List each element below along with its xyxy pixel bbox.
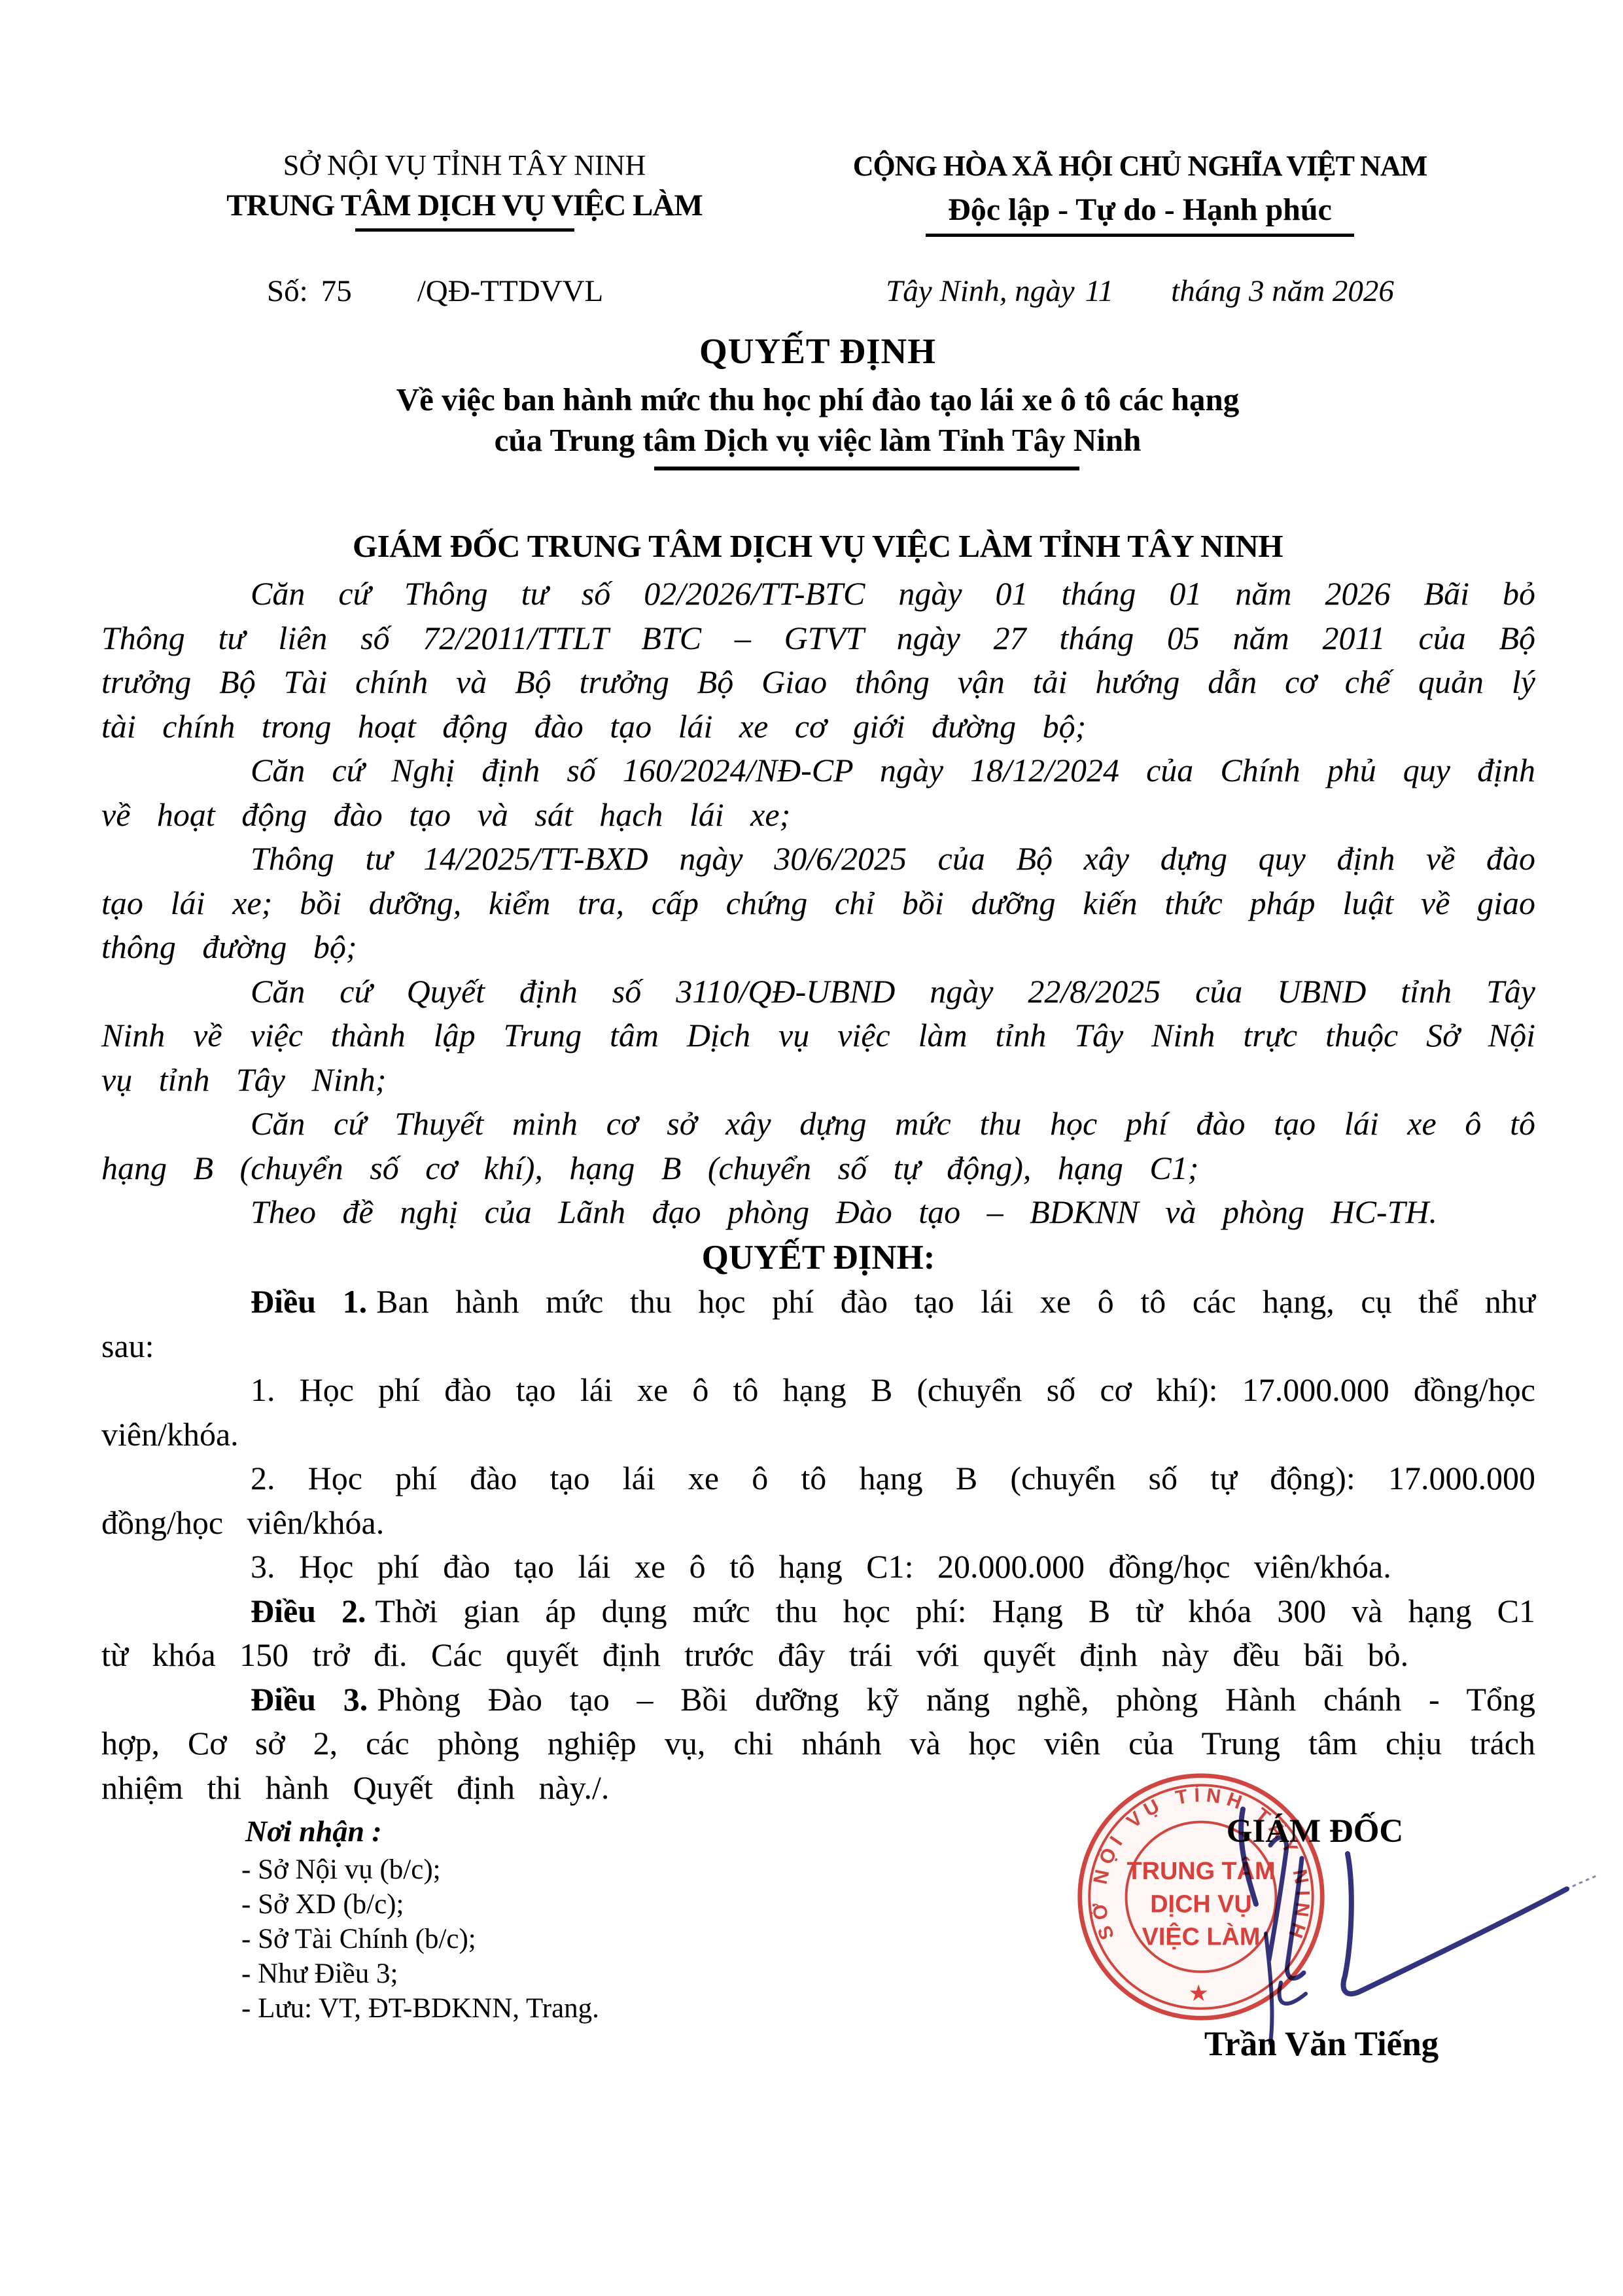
article-label: Điều 3.: [251, 1681, 368, 1718]
date-line: Tây Ninh, ngày11tháng 3 năm 2026: [775, 274, 1505, 309]
preamble-paragraph: Căn cứ Thuyết minh cơ sở xây dựng mức th…: [101, 1102, 1535, 1190]
signer-title: GIÁM ĐỐC: [1106, 1812, 1524, 1850]
article-paragraph: Điều 2.Thời gian áp dụng mức thu học phí…: [101, 1589, 1535, 1678]
preamble-paragraph: Theo đề nghị của Lãnh đạo phòng Đào tạo …: [101, 1190, 1535, 1235]
article-text: 2. Học phí đào tạo lái xe ô tô hạng B (c…: [101, 1460, 1535, 1541]
article-paragraph: 2. Học phí đào tạo lái xe ô tô hạng B (c…: [101, 1457, 1535, 1545]
article-text: 3. Học phí đào tạo lái xe ô tô hạng C1: …: [251, 1548, 1391, 1585]
recipients-list: - Sở Nội vụ (b/c); - Sở XD (b/c); - Sở T…: [101, 1852, 788, 2026]
document-title: QUYẾT ĐỊNH: [101, 330, 1534, 372]
date-suffix: tháng 3 năm 2026: [1171, 274, 1394, 308]
article-paragraph: 3. Học phí đào tạo lái xe ô tô hạng C1: …: [101, 1545, 1535, 1589]
article-label: Điều 2.: [251, 1593, 366, 1629]
date-day: 11: [1085, 274, 1114, 308]
recipient-item: - Sở Nội vụ (b/c);: [241, 1852, 788, 1887]
article-paragraph: 1. Học phí đào tạo lái xe ô tô hạng B (c…: [101, 1368, 1535, 1457]
recipient-item: - Sở Tài Chính (b/c);: [241, 1922, 788, 1956]
issuing-agency: TRUNG TÂM DỊCH VỤ VIỆC LÀM: [216, 186, 713, 224]
header-left-underline: [355, 228, 574, 232]
articles: Điều 1.Ban hành mức thu học phí đào tạo …: [101, 1280, 1535, 1810]
preamble-paragraph: Căn cứ Quyết định số 3110/QĐ-UBND ngày 2…: [101, 970, 1535, 1103]
document-number-label: Số:: [267, 274, 308, 308]
national-motto-line1: CỘNG HÒA XÃ HỘI CHỦ NGHĨA VIỆT NAM: [775, 149, 1505, 184]
preamble-paragraph: Căn cứ Nghị định số 160/2024/NĐ-CP ngày …: [101, 749, 1535, 837]
signer-name: Trần Văn Tiếng: [1106, 2024, 1537, 2064]
article-label: Điều 1.: [251, 1283, 367, 1320]
recipient-item: - Như Điều 3;: [241, 1956, 788, 1991]
header-right: CỘNG HÒA XÃ HỘI CHỦ NGHĨA VIỆT NAM Độc l…: [775, 149, 1505, 237]
recipients-block: Nơi nhận : - Sở Nội vụ (b/c); - Sở XD (b…: [101, 1814, 788, 2026]
document-subtitle-2: của Trung tâm Dịch vụ việc làm Tỉnh Tây …: [101, 421, 1534, 460]
recipient-item: - Lưu: VT, ĐT-BDKNN, Trang.: [241, 1991, 788, 2026]
preamble-paragraph: Thông tư 14/2025/TT-BXD ngày 30/6/2025 c…: [101, 837, 1535, 970]
preamble: Căn cứ Thông tư số 02/2026/TT-BTC ngày 0…: [101, 572, 1535, 1235]
header-left: SỞ NỘI VỤ TỈNH TÂY NINH TRUNG TÂM DỊCH V…: [216, 147, 713, 232]
recipients-label: Nơi nhận :: [101, 1814, 788, 1848]
preamble-paragraph: Căn cứ Thông tư số 02/2026/TT-BTC ngày 0…: [101, 572, 1535, 749]
article-paragraph: Điều 1.Ban hành mức thu học phí đào tạo …: [101, 1280, 1535, 1368]
document-number-value: 75: [321, 274, 352, 308]
document-number-suffix: /QĐ-TTDVVL: [417, 274, 604, 308]
title-underline: [654, 467, 1079, 470]
issuer-heading: GIÁM ĐỐC TRUNG TÂM DỊCH VỤ VIỆC LÀM TỈNH…: [101, 527, 1534, 565]
date-prefix: Tây Ninh, ngày: [886, 274, 1075, 308]
article-text: 1. Học phí đào tạo lái xe ô tô hạng B (c…: [101, 1371, 1535, 1453]
document-body: Căn cứ Thông tư số 02/2026/TT-BTC ngày 0…: [101, 572, 1535, 1810]
document-subtitle-1: Về việc ban hành mức thu học phí đào tạo…: [101, 380, 1534, 419]
national-motto-line2: Độc lập - Tự do - Hạnh phúc: [775, 190, 1505, 230]
header-right-underline: [926, 234, 1354, 237]
issuing-agency-parent: SỞ NỘI VỤ TỈNH TÂY NINH: [216, 147, 713, 184]
title-block: QUYẾT ĐỊNH Về việc ban hành mức thu học …: [101, 330, 1534, 470]
recipient-item: - Sở XD (b/c);: [241, 1887, 788, 1922]
document-number-line: Số:75/QĐ-TTDVVL: [267, 274, 603, 309]
decision-heading: QUYẾT ĐỊNH:: [101, 1236, 1535, 1280]
document-page: SỞ NỘI VỤ TỈNH TÂY NINH TRUNG TÂM DỊCH V…: [0, 0, 1623, 2296]
